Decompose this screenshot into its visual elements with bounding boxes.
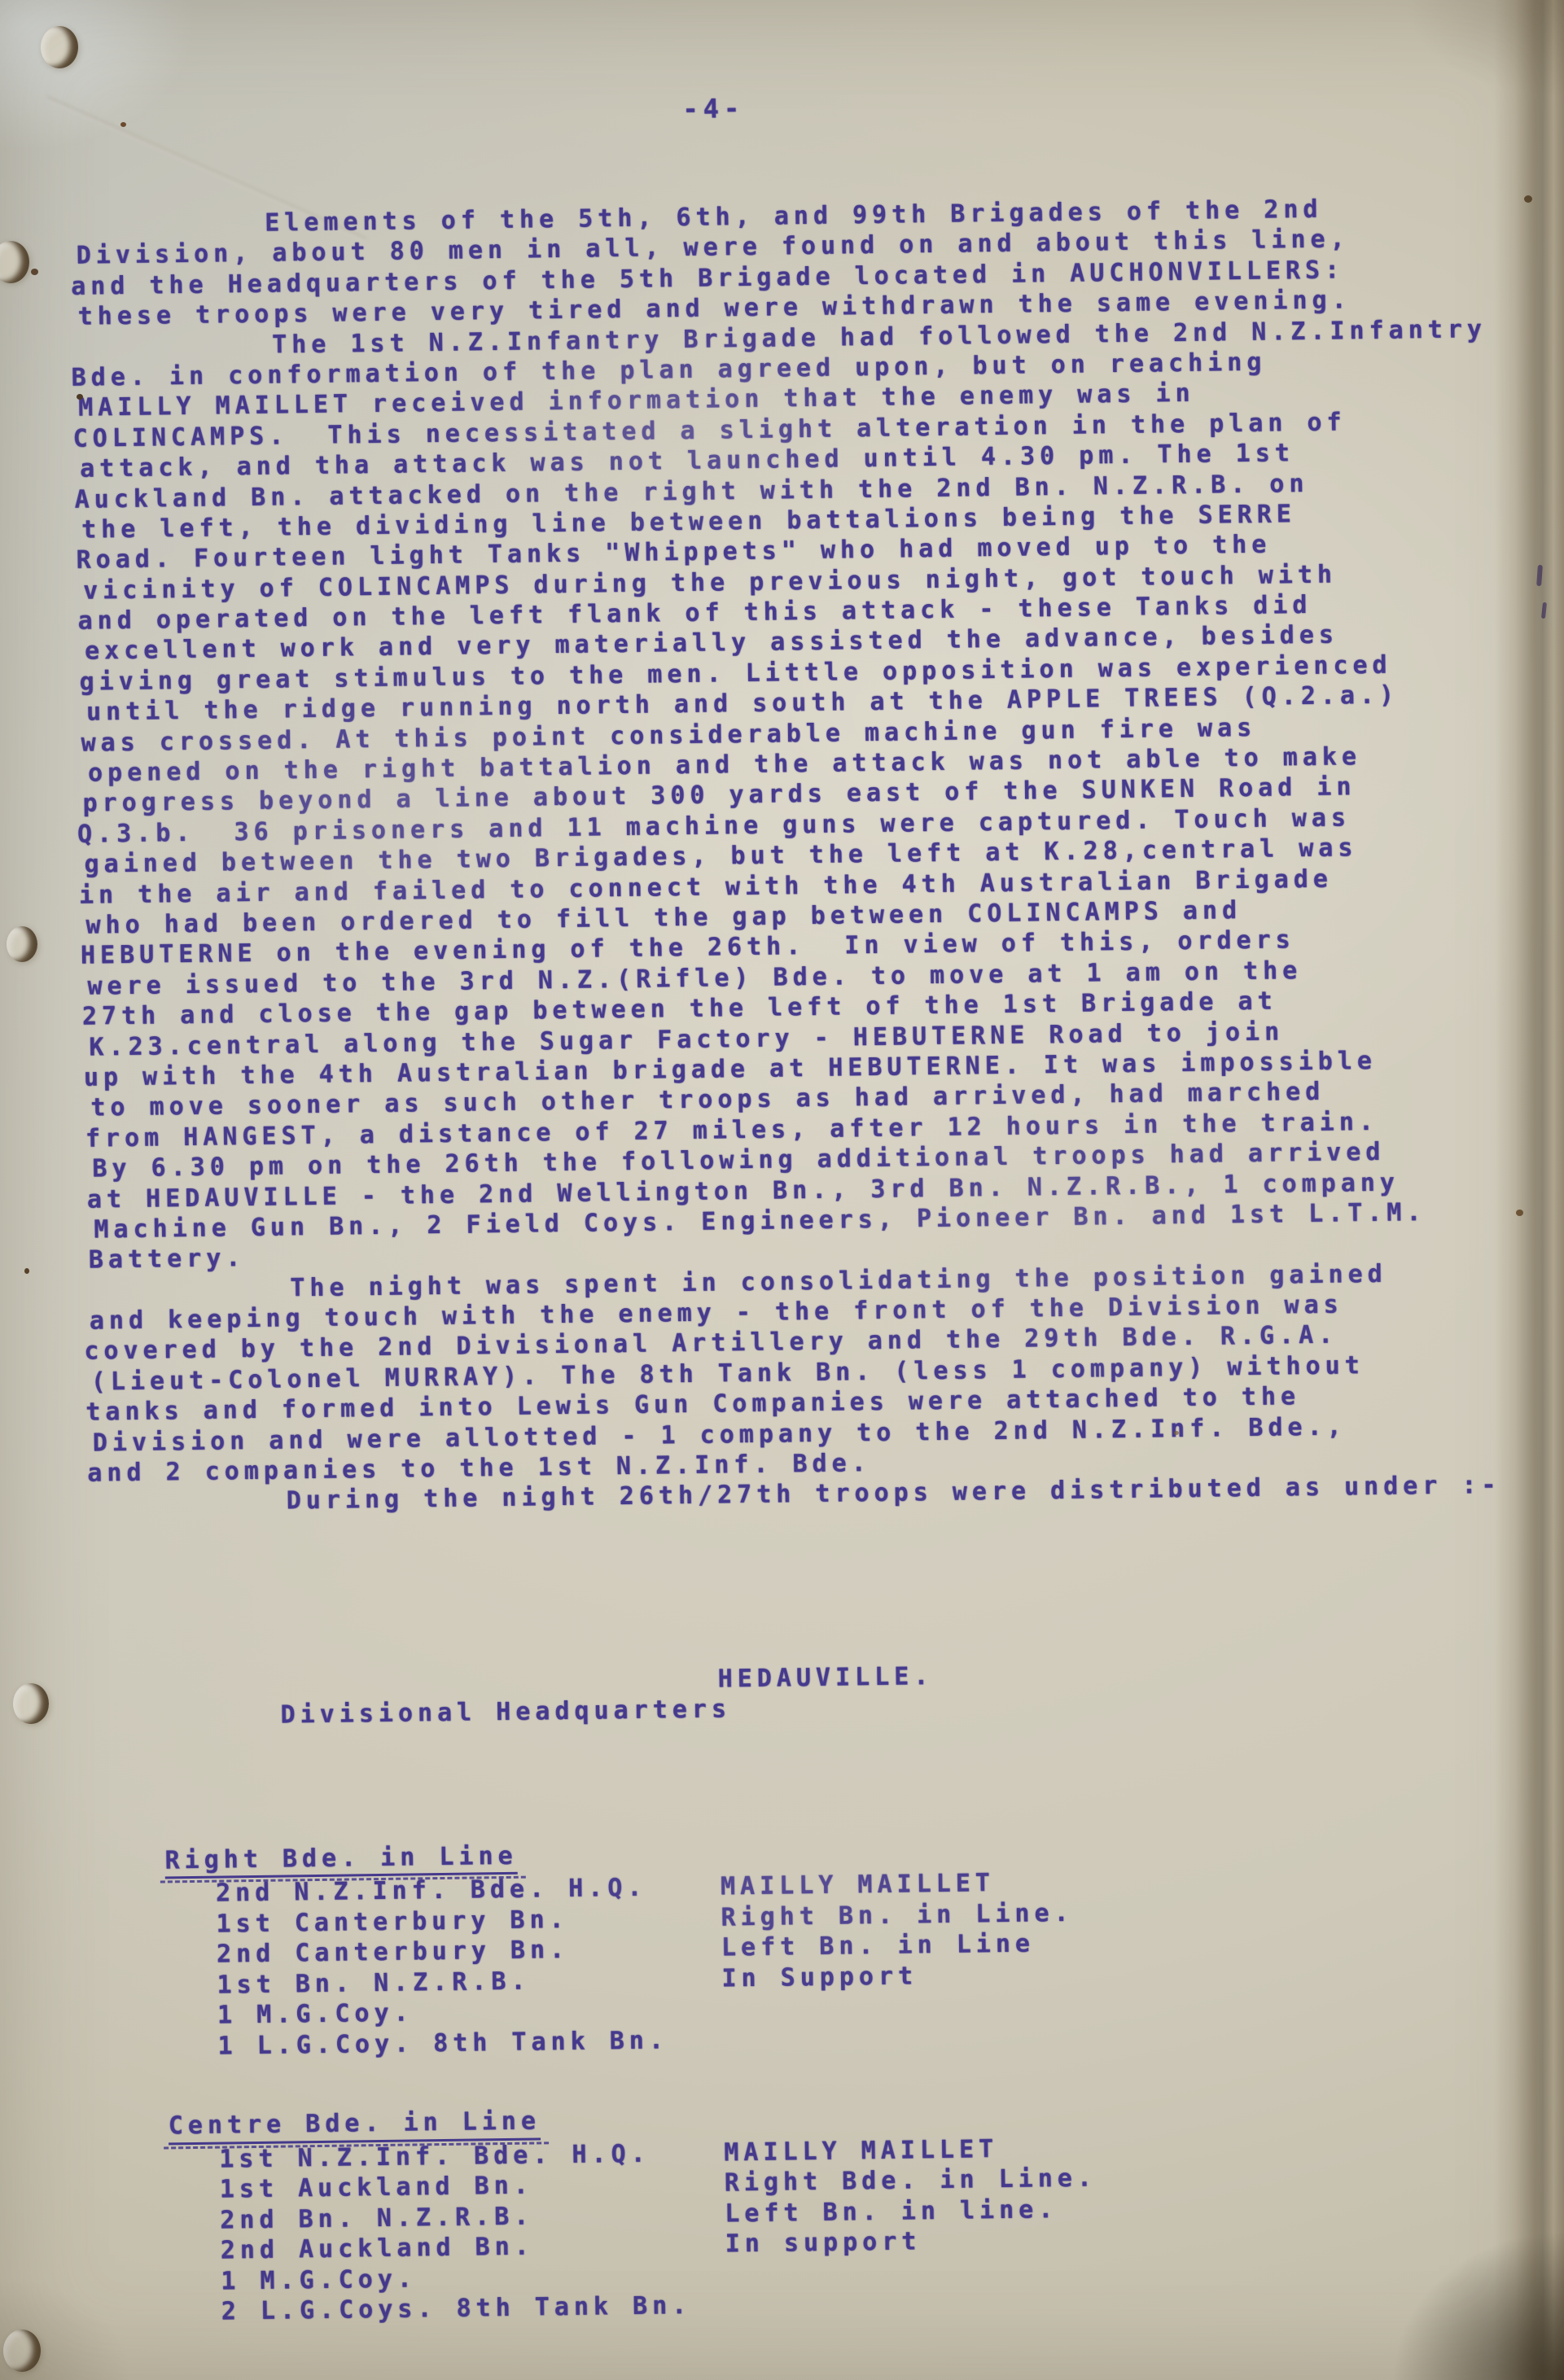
stain-speck — [1524, 195, 1532, 203]
punch-hole — [13, 1683, 49, 1724]
distribution-hq-row: Divisional Headquarters HEDAUVILLE. — [162, 1654, 1510, 1794]
unit-location: In support — [725, 2227, 921, 2260]
stain-speck — [31, 269, 38, 275]
unit-location: MAILLY MAILLET — [721, 1868, 995, 1902]
unit-name: 1 M.G.Coy. — [221, 2264, 417, 2295]
unit-location: MAILLY MAILLET — [724, 2134, 998, 2168]
unit-location: Right Bde. in Line. — [725, 2163, 1097, 2198]
punch-hole — [3, 2330, 41, 2372]
stain-speck — [1516, 1210, 1523, 1216]
typewritten-text: -4- Elements of the 5th, 6th, and 99th B… — [0, 0, 1518, 2330]
unit-location: Left Bn. in Line — [721, 1929, 1035, 1964]
distribution-sections: Right Bde. in Line2nd N.Z.Inf. Bde. H.Q.… — [164, 1828, 1518, 2329]
unit-name: 1 L.G.Coy. 8th Tank Bn. — [217, 2026, 668, 2060]
unit-name: 1st N.Z.Inf. Bde. H.Q. — [219, 2139, 651, 2173]
stain-speck — [77, 394, 83, 400]
unit-name: 2nd Auckland Bn. — [221, 2233, 534, 2265]
stain-speck — [1174, 1431, 1179, 1435]
unit-location: Right Bn. in Line. — [721, 1898, 1074, 1933]
unit-location: Left Bn. in line. — [725, 2194, 1058, 2229]
unit-name: 1st Auckland Bn. — [220, 2172, 533, 2204]
unit-location: In Support — [721, 1961, 918, 1994]
distribution-section: Centre Bde. in Line1st N.Z.Inf. Bde. H.Q… — [169, 2093, 1518, 2328]
paragraph: The night was spent in consolidating the… — [89, 1258, 1506, 1489]
unit-name: 1st Bn. N.Z.R.B. — [217, 1967, 530, 1999]
stain-speck — [120, 122, 126, 127]
page-number: -4- — [682, 93, 744, 125]
stain-speck — [24, 1268, 29, 1274]
unit-name: 1 M.G.Coy. — [217, 1999, 414, 2030]
paragraph: Elements of the 5th, 6th, and 99th Briga… — [75, 192, 1492, 332]
unit-name: 2nd Canterbury Bn. — [217, 1936, 570, 1969]
unit-name: Divisional Headquarters — [280, 1695, 731, 1730]
unit-name: 2nd Bn. N.Z.R.B. — [220, 2202, 533, 2234]
scanned-war-diary-page: { "colors": { "ink": "#3b2f8a", "paper":… — [0, 0, 1564, 2380]
distribution-section: Right Bde. in Line2nd N.Z.Inf. Bde. H.Q.… — [164, 1828, 1514, 2063]
unit-location: HEDAUVILLE. — [717, 1661, 933, 1695]
unit-name: 2 L.G.Coys. 8th Tank Bn. — [221, 2291, 692, 2326]
paragraph-block: Elements of the 5th, 6th, and 99th Briga… — [75, 192, 1507, 1519]
punch-hole — [41, 26, 78, 68]
paragraph: The 1st N.Z.Infantry Brigade had followe… — [77, 314, 1504, 1276]
unit-name: 2nd N.Z.Inf. Bde. H.Q. — [216, 1874, 647, 1908]
unit-name: 1st Canterbury Bn. — [216, 1905, 569, 1939]
punch-hole — [7, 926, 37, 962]
troop-distribution-list: Divisional Headquarters HEDAUVILLE. Righ… — [162, 1654, 1517, 2329]
